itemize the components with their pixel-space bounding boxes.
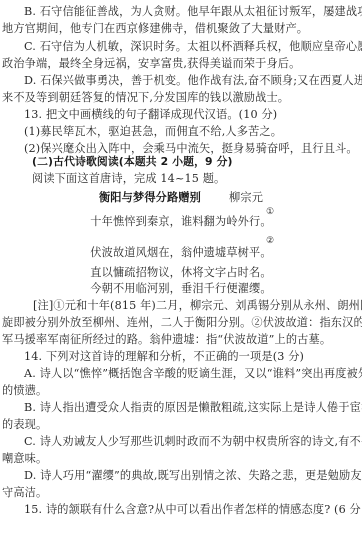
note-line-2: 旋即被分别外放至柳州、连州，二人于衡阳分别。②伏波故道：指东汉的伏波将 bbox=[2, 314, 362, 331]
poem-author: 柳宗元 bbox=[229, 191, 263, 204]
q12-option-b-line1: B. 石守信能征善战，为人贪财。他早年跟从太祖征讨叛军，屡建战功;担任 bbox=[24, 3, 362, 20]
poem-line-4: 今朝不用临河别，垂泪千行便濯缨。 bbox=[0, 280, 362, 297]
q12-option-c-line2: 政治争端，最终全身远祸，安享富贵,获得美谥而荣于身后。 bbox=[2, 55, 362, 72]
note-line-1: [注]①元和十年(815 年)二月，柳宗元、刘禹锡分别从永州、朗州回到长安, bbox=[33, 297, 362, 314]
poem-line-3: 直以慵疏招物议，休将文字占时名。 bbox=[0, 264, 362, 281]
q14-option-a-line1: A. 诗人以“憔悴”概括饱含辛酸的贬谪生涯，又以“谁料”突出再度被外放 bbox=[24, 365, 362, 382]
section-heading-poetry: (二)古代诗歌阅读(本题共 2 小题，9 分) bbox=[32, 153, 362, 170]
q12-option-c-line1: C. 石守信为人机敏，深识时务。太祖以杯酒释兵权，他顺应皇帝心愿,避开 bbox=[24, 38, 362, 55]
q14-option-d-line1: D. 诗人巧用“濯缨”的典故,既写出别情之浓、失路之悲，更是勉励友人持 bbox=[24, 467, 362, 484]
q14-option-c-line2: 嘲意味。 bbox=[2, 450, 362, 467]
q12-option-b-line2: 地方官期间，他专门在西京修建佛寺，借机聚敛了大量财产。 bbox=[2, 20, 362, 37]
q14-stem: 14. 下列对这首诗的理解和分析，不正确的一项是(3 分) bbox=[24, 348, 362, 365]
q13-stem: 13. 把文中画横线的句子翻译成现代汉语。(10 分) bbox=[24, 106, 362, 123]
q14-option-b-line1: B. 诗人指出遭受众人指责的原因是懒散粗疏,这实际上是诗人倦于宦海沉浮 bbox=[24, 399, 362, 416]
note-line-3: 军马援率军南征所经过的路。翁仲遗墟：指“伏波故道”上的古墓。 bbox=[2, 331, 362, 348]
poem-heading: 衡阳与梦得分路赠别柳宗元 bbox=[0, 189, 362, 206]
poem-line-2: 伏波故道风烟在，翁仲遗墟草树平。 bbox=[0, 244, 362, 261]
q12-option-d-line2: 来不及等到朝廷答复的情况下,分发国库的钱以激励战士。 bbox=[2, 89, 362, 106]
q12-option-d-line1: D. 石保兴做事勇决，善于机变。他作战有法,奋不顾身;又在西夏人进犯而他 bbox=[24, 72, 362, 89]
q13-item-1: (1)募民筚瓦木，驱迫甚急，而佣直不给,人多苦之。 bbox=[24, 123, 362, 140]
poem-title: 衡阳与梦得分路赠别 bbox=[99, 191, 201, 204]
q14-option-d-line2: 守高洁。 bbox=[2, 484, 362, 501]
q15-stem: 15. 诗的颔联有什么含意?从中可以看出作者怎样的情感态度? (6 分 ) bbox=[24, 501, 362, 518]
q14-option-a-line2: 的愤懑。 bbox=[2, 382, 362, 399]
poem-line-1: 十年憔悴到秦京，谁料翻为岭外行。 bbox=[0, 213, 362, 230]
exam-page: B. 石守信能征善战，为人贪财。他早年跟从太祖征讨叛军，屡建战功;担任 地方官期… bbox=[0, 0, 362, 555]
section-instruction-poetry: 阅读下面这首唐诗，完成 14~15 题。 bbox=[32, 170, 362, 187]
footnote-marker-2: ② bbox=[266, 236, 274, 246]
q14-option-c-line1: C. 诗人劝诫友人少写那些讥刺时政而不为朝中权贵所容的诗文,有不平和解 bbox=[24, 433, 362, 450]
q14-option-b-line2: 的表现。 bbox=[2, 416, 362, 433]
footnote-marker-1: ① bbox=[266, 207, 274, 217]
